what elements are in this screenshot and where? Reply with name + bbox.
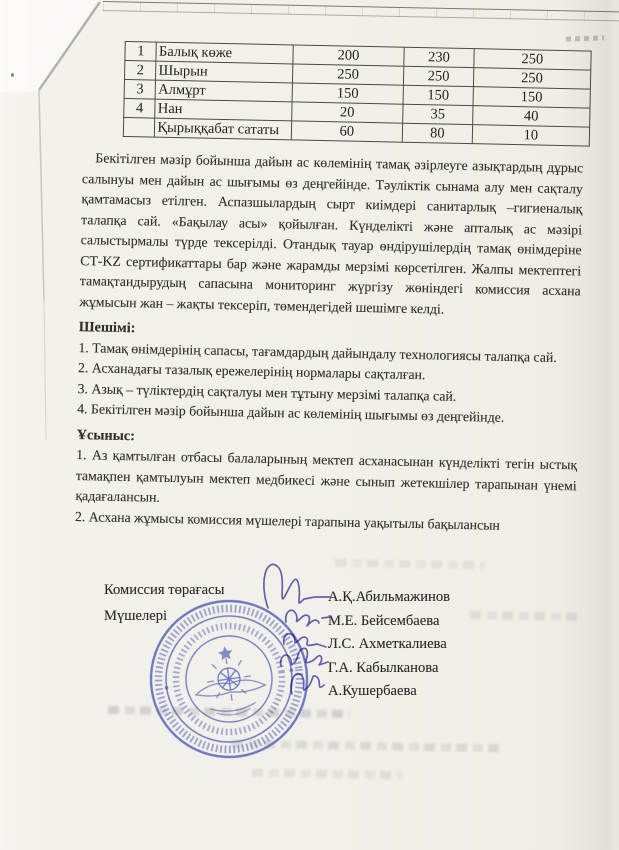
portion-value: 200 [293,45,405,66]
row-number: 4 [124,98,156,118]
portion-value: 40 [472,106,590,127]
body-paragraph: Бекітілген мәзір бойынша дайын ас көлемі… [79,148,583,322]
scan-tick-marks [103,2,619,21]
portion-value: 250 [474,49,592,70]
portion-value: 80 [402,123,472,143]
star-icon [217,645,233,660]
portion-value: 20 [291,102,403,123]
portion-value: 150 [292,83,404,104]
portion-value: 250 [473,68,591,89]
row-number [123,117,155,137]
row-number: 2 [124,60,156,80]
row-number: 1 [125,41,157,61]
scan-topline-artifact [103,1,619,23]
row-number: 3 [124,79,156,99]
portion-value: 230 [404,47,474,67]
document-content: 1 Балық көже 200 230 250 2 Шырын 250 250… [68,30,592,537]
portion-value: 10 [472,125,590,146]
portion-value: 150 [473,87,591,108]
portion-value: 250 [404,66,474,86]
scanned-document-page: 1 Балық көже 200 230 250 2 Шырын 250 250… [0,0,619,850]
dish-name: Қырыққабат сататы [155,118,292,140]
proposal-item: 1. Аз қамтылған отбасы балаларының мекте… [75,445,577,517]
scan-speck [11,73,14,77]
document-text: Бекітілген мәзір бойынша дайын ас көлемі… [75,148,584,537]
portion-table: 1 Балық көже 200 230 250 2 Шырын 250 250… [123,41,592,147]
portion-value: 150 [403,85,473,105]
portion-value: 35 [403,104,473,124]
portion-value: 60 [291,121,403,142]
bleedthrough-text-ghost [252,769,402,780]
portion-value: 250 [292,64,404,85]
